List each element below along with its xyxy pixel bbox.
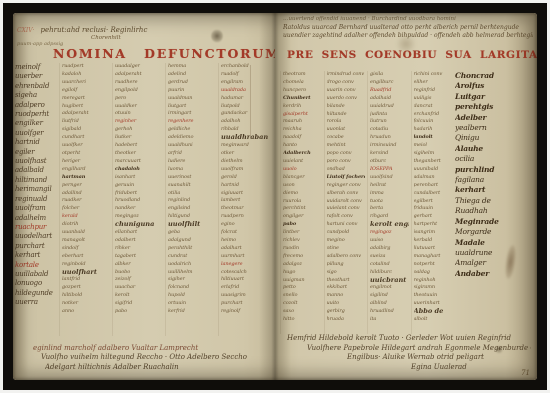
manuscript-name-entry: perenhart <box>414 182 453 190</box>
manuscript-name-entry: reginfrid <box>414 87 453 95</box>
manuscript-name-entry: hiltigund <box>168 213 216 221</box>
manuscript-name-entry: sindolf <box>62 245 110 253</box>
manuscript-name-entry: meiol <box>414 142 453 150</box>
manuscript-name-entry: hildiburc <box>370 269 409 277</box>
manuscript-name-entry: heimo <box>221 237 269 245</box>
manuscript-name-entry: hadebert <box>115 142 163 150</box>
manuscript-name-entry: ongilger <box>283 213 322 221</box>
manuscript-name-entry: kerfrid <box>168 308 216 316</box>
manuscript-name-entry: rihbald <box>221 126 269 134</box>
right-margin-name-column: ChoncradArolfusLuitgarperehtgisAdelberye… <box>452 71 535 334</box>
manuscript-name-entry: sigihelm <box>414 150 453 158</box>
manuscript-name-entry: uuerdo conv <box>327 95 366 103</box>
manuscript-name-entry: kerolt <box>115 292 163 300</box>
manuscript-name-entry: engilram <box>221 79 269 87</box>
manuscript-name-entry: hartman <box>62 174 110 182</box>
manuscript-name-entry: adalman <box>414 174 453 182</box>
manuscript-name-entry: managhart <box>414 253 453 261</box>
manuscript-name-entry: Alauhe <box>455 144 535 154</box>
photo-black-frame: CXIV·pehrut:ahd reclusi· Reginlirhc Chor… <box>3 3 547 390</box>
manuscript-name-entry: ekkihart <box>327 284 366 292</box>
manuscript-name-entry: snello <box>283 292 322 300</box>
manuscript-name-entry: egilolf <box>62 87 110 95</box>
name-column: ruadpertkadalohuuarcheriegilolfmeregarth… <box>59 63 110 336</box>
left-page-bottom-entries: eginlind marcholf adalbero Vualtar Lampr… <box>19 344 269 373</box>
manuscript-name-entry: ortuuin <box>168 300 216 308</box>
manuscript-name-entry: theotmar <box>221 205 269 213</box>
manuscript-name-entry: drogo conv <box>327 79 366 87</box>
manuscript-name-entry: perchtint <box>283 205 322 213</box>
manuscript-name-entry: sigo <box>327 269 366 277</box>
manuscript-name-entry: reginuald <box>15 195 59 204</box>
manuscript-name-entry: otilia <box>168 190 216 198</box>
manuscript-name-entry: rihgard <box>370 213 409 221</box>
manuscript-name-entry: adallind <box>62 190 110 198</box>
manuscript-name-entry: diethelm <box>221 158 269 166</box>
manuscript-name-entry: diotrih <box>62 221 110 229</box>
manuscript-name-entry: blancger <box>283 174 322 182</box>
manuscript-name-entry: uualdrune <box>455 248 535 258</box>
manuscript-name-entry: landolt <box>414 134 453 142</box>
right-page-top-lines: …uuertend offendid iuuanend · Burchardin… <box>283 15 533 41</box>
manuscript-name-entry: geba <box>168 229 216 237</box>
manuscript-name-entry: lambert <box>221 197 269 205</box>
manuscript-name-entry: ehrenbald <box>15 82 59 91</box>
name-column: theotramchomelahuncperoChunibertkerdrihg… <box>280 71 322 334</box>
manuscript-name-entry: hartnid <box>221 182 269 190</box>
manuscript-name-entry: uuolo <box>283 166 322 174</box>
manuscript-name-entry: cundpold <box>327 229 366 237</box>
manuscript-name-entry: folcrat <box>221 229 269 237</box>
manuscript-name-entry: isanhart <box>115 174 163 182</box>
manuscript-name-entry: engilsind <box>168 205 216 213</box>
manuscript-name-entry: adalhaid <box>370 95 409 103</box>
manuscript-name-entry: IOSEPPA <box>370 166 409 174</box>
manuscript-name-entry: lonuogo <box>15 279 59 288</box>
manuscript-name-entry: uuerinost <box>168 174 216 182</box>
manuscript-name-entry: uuolfhast <box>15 157 59 166</box>
manuscript-name-entry: cundhart <box>62 134 110 142</box>
folio-mark: CXIV· <box>17 27 34 34</box>
manuscript-name-entry: rorola <box>327 118 366 126</box>
manuscript-name-entry: sigifrid <box>115 300 163 308</box>
manuscript-name-entry: judinta <box>370 111 409 119</box>
manuscript-name-entry: liutfrid <box>62 118 110 126</box>
manuscript-name-entry: Arolfus <box>455 81 535 91</box>
manuscript-name-entry: diemo <box>283 190 322 198</box>
manuscript-name-entry: engilhard <box>62 166 110 174</box>
name-column: richini conveliherreginfriduuiligisdancr… <box>411 71 453 334</box>
manuscript-name-entry: theotuuin <box>414 292 453 300</box>
manuscript-name-entry: folcher <box>62 205 110 213</box>
manuscript-name-entry: lantfrid <box>62 276 110 284</box>
manuscript-name-entry: marcuuart <box>115 158 163 166</box>
manuscript-name-entry: tagabert <box>115 253 163 261</box>
manuscript-name-entry: Ruadhah <box>455 206 535 216</box>
manuscript-name-entry: liutrun <box>370 118 409 126</box>
manuscript-name-entry: uuicbrant <box>370 277 409 285</box>
manuscript-name-entry: uson <box>283 182 322 190</box>
manuscript-name-entry: adalpero <box>15 101 59 110</box>
manuscript-name-entry: uualdrada <box>221 87 269 95</box>
manuscript-name-entry: tuota <box>370 198 409 206</box>
manuscript-name-entry: naadolf <box>283 134 322 142</box>
manuscript-name-entry: chuniguna <box>115 221 163 229</box>
manuscript-name-entry: buobo <box>115 269 163 277</box>
manuscript-name-entry: hruadlind <box>370 308 409 316</box>
manuscript-name-entry: reginher <box>115 118 163 126</box>
left-margin-name-column: meinolfuuerberehrenbaldsigehaadalperoruo… <box>15 63 59 336</box>
manuscript-name-entry: pabo <box>115 308 163 316</box>
manuscript-name-entry: cotadiu <box>370 126 409 134</box>
manuscript-name-entry: uualdman <box>168 95 216 103</box>
manuscript-name-entry: uualdhraban <box>221 134 269 142</box>
manuscript-name-entry: ruodin <box>283 245 322 253</box>
manuscript-name-entry: dancrat <box>414 103 453 111</box>
bottom-line: Hemfrid Hildebold kerolt Tuoto · Gerlede… <box>287 334 531 344</box>
manuscript-name-entry: luoma <box>168 166 216 174</box>
manuscript-name-entry: richini conv <box>414 71 453 79</box>
manuscript-name-entry: engilker <box>15 119 59 128</box>
manuscript-name-entry: sigeha <box>15 91 59 100</box>
manuscript-name-entry: reginhoh <box>414 277 453 285</box>
manuscript-name-entry: ocilia <box>455 154 535 164</box>
manuscript-name-entry: maaruh <box>283 118 322 126</box>
manuscript-name-entry: lintber <box>283 229 322 237</box>
manuscript-name-entry: otker <box>221 150 269 158</box>
manuscript-name-entry: suanahilt <box>168 182 216 190</box>
manuscript-name-entry: adalbirg <box>370 245 409 253</box>
manuscript-name-entry: liutpold <box>221 103 269 111</box>
manuscript-name-entry: hruodland <box>115 197 163 205</box>
manuscript-name-entry: anno <box>62 308 110 316</box>
manuscript-name-entry: folcuuin <box>414 118 453 126</box>
manuscript-name-entry: cundalbert <box>414 190 453 198</box>
manuscript-name-entry: bilande <box>327 103 366 111</box>
manuscript-name-entry: uuielant <box>283 158 322 166</box>
manuscript-name-entry: reginlind <box>168 197 216 205</box>
manuscript-name-entry: eliher <box>414 79 453 87</box>
manuscript-name-entry: irmindrud conv <box>327 71 366 79</box>
manuscript-name-entry: Andaber <box>455 269 535 279</box>
manuscript-name-entry: kortale <box>15 261 59 270</box>
manuscript-name-entry: saxo <box>283 308 322 316</box>
manuscript-name-entry: uuolfsind <box>370 174 409 182</box>
manuscript-name-entry: reginolf <box>221 308 269 316</box>
name-column: hemmaadelindgerdrudpuurinuualdmanliutgar… <box>165 63 216 336</box>
manuscript-name-entry: chomela <box>283 79 322 87</box>
manuscript-name-entry: meginward <box>221 142 269 150</box>
manuscript-name-entry: reichha <box>283 126 322 134</box>
manuscript-name-entry: Abbo de <box>414 308 453 316</box>
manuscript-name-entry: uuolfhilt <box>168 221 216 229</box>
manuscript-name-entry: theotram <box>283 71 322 79</box>
manuscript-name-entry: adalgund <box>168 237 216 245</box>
manuscript-name-entry: uuito <box>327 300 366 308</box>
manuscript-name-entry: adalhart <box>221 245 269 253</box>
manuscript-name-entry: huncpero <box>283 87 322 95</box>
left-page: CXIV·pehrut:ahd reclusi· Reginlirhc Chor… <box>13 13 275 380</box>
manuscript-name-entry: uuachar <box>115 284 163 292</box>
manuscript-name-entry: uurmhart <box>221 253 269 261</box>
manuscript-name-entry: uuarin conv <box>327 87 366 95</box>
manuscript-name-entry: megingoz <box>115 213 163 221</box>
manuscript-name-entry: gerold <box>221 174 269 182</box>
manuscript-name-entry: adelind <box>168 71 216 79</box>
right-page-name-columns: theotramchomelahuncperoChunibertkerdrihg… <box>280 71 535 334</box>
manuscript-name-entry: albolt <box>414 316 453 324</box>
manuscript-name-entry: uuonlat <box>327 126 366 134</box>
manuscript-name-entry: fagilana <box>455 175 535 185</box>
manuscript-name-entry: liutuuart <box>414 245 453 253</box>
right-page-rubric-heading: PRE SENS COENOBIU SUA LARGITATE FUNDAUER… <box>287 49 537 61</box>
manuscript-name-entry: Luitgar <box>455 92 535 102</box>
manuscript-name-entry: adalhoh <box>221 118 269 126</box>
manuscript-name-entry: Morgarde <box>455 227 535 237</box>
manuscript-name-entry: fridubert <box>115 190 163 198</box>
manuscript-name-entry: heilrat <box>370 182 409 190</box>
manuscript-name-entry: uuerber <box>15 72 59 81</box>
manuscript-name-entry: Madale <box>455 238 535 248</box>
folio-number: 71 <box>521 369 530 377</box>
manuscript-name-entry: uuillihelm <box>168 269 216 277</box>
manuscript-name-entry: otuuin <box>115 110 163 118</box>
manuscript-name-entry: perahthilt <box>168 245 216 253</box>
manuscript-name-entry: uualdker <box>115 103 163 111</box>
manuscript-name-entry: kerald <box>62 213 110 221</box>
manuscript-name-entry: gerhoh <box>115 126 163 134</box>
manuscript-name-entry: sigilind <box>370 292 409 300</box>
manuscript-name-entry: adalgoz <box>283 261 322 269</box>
left-page-marginal-notes: CXIV·pehrut:ahd reclusi· Reginlirhc Chor… <box>17 17 271 47</box>
manuscript-name-entry: regenhere <box>168 118 216 126</box>
manuscript-name-entry: reginger conv <box>327 182 366 190</box>
manuscript-name-entry: gundackar <box>221 110 269 118</box>
manuscript-name-entry: kerdrih <box>283 103 322 111</box>
manuscript-name-entry: gerdrud <box>168 79 216 87</box>
manuscript-name-entry: pero <box>115 95 163 103</box>
manuscript-name-entry: ruadolf <box>221 71 269 79</box>
manuscript-name-entry: gisila <box>370 71 409 79</box>
manuscript-name-entry: purchlind <box>455 165 535 175</box>
manuscript-name-entry: gerhart <box>414 213 453 221</box>
manuscript-name-entry: cotalind <box>370 261 409 269</box>
manuscript-name-entry: kerbald <box>414 237 453 245</box>
manuscript-name-entry: hiltibold <box>62 292 110 300</box>
manuscript-name-entry: uuadalger <box>115 63 163 71</box>
manuscript-name-entry: folcnand <box>168 284 216 292</box>
manuscript-name-entry: egiler <box>15 148 59 157</box>
top-line: uuendier zagehtind adalher offendeh bihp… <box>283 32 533 41</box>
manuscript-name-entry: cozolt <box>283 300 322 308</box>
manuscript-name-entry: erlafrid <box>221 284 269 292</box>
manuscript-name-entry: perehtgis <box>455 102 535 112</box>
manuscript-name-entry: uuolfger <box>15 129 59 138</box>
manuscript-name-entry: kadaloh <box>62 71 110 79</box>
manuscript-name-entry: managolt <box>62 237 110 245</box>
manuscript-name-entry: gerbirg <box>327 308 366 316</box>
manuscript-name-entry: hupold <box>168 292 216 300</box>
manuscript-name-entry: ruadpert <box>62 63 110 71</box>
manuscript-name-entry: uodalrich <box>168 261 216 269</box>
manuscript-name-entry: zeizolf <box>115 276 163 284</box>
manuscript-name-entry: erchanfrid <box>414 111 453 119</box>
manuscript-name-entry: popo conv <box>327 150 366 158</box>
manuscript-name-entry: uuarcheri <box>62 79 110 87</box>
manuscript-name-entry: adalperaht <box>62 110 110 118</box>
manuscript-photo: CXIV·pehrut:ahd reclusi· Reginlirhc Chor… <box>13 13 537 380</box>
manuscript-name-entry: sigiuuart <box>221 190 269 198</box>
manuscript-name-entry: kersind <box>370 150 409 158</box>
manuscript-name-entry: irmingart <box>168 110 216 118</box>
manuscript-name-entry: hugo <box>283 269 322 277</box>
manuscript-name-entry: uuielant conv <box>327 205 366 213</box>
name-column: erchanboldruadolfengilramuualdradahaduma… <box>218 63 269 336</box>
manuscript-name-entry: hiltimand <box>15 176 59 185</box>
manuscript-name-entry: adalperaht <box>115 71 163 79</box>
manuscript-name-entry: meinolf <box>15 63 59 72</box>
manuscript-name-entry: lanegere <box>221 261 269 269</box>
manuscript-name-entry: liutker <box>115 134 163 142</box>
manuscript-name-entry: hugibert <box>62 103 110 111</box>
manuscript-name-entry: friduuin <box>414 205 453 213</box>
manuscript-name-entry: Adalberch <box>283 150 322 158</box>
name-column: irmindrud convdrogo convuuarin convuuerd… <box>324 71 366 334</box>
manuscript-name-entry: otperht <box>62 150 110 158</box>
manuscript-name-entry: uuidarolt conv <box>327 198 366 206</box>
manuscript-name-entry: uualdhuni <box>168 142 216 150</box>
manuscript-name-entry: theotker <box>115 150 163 158</box>
manuscript-name-entry: mehtint <box>327 142 366 150</box>
manuscript-name-entry: hartuni conv <box>327 221 366 229</box>
right-page-bottom-entries: Hemfrid Hildebold kerolt Tuoto · Gerlede… <box>281 334 531 372</box>
manuscript-name-entry: reginbold <box>62 261 110 269</box>
right-dense-columns: theotramchomelahuncperoChunibertkerdrihg… <box>280 71 452 334</box>
manuscript-name-entry: heriger <box>62 158 110 166</box>
manuscript-name-entry: Meginrade <box>455 217 535 227</box>
manuscript-name-entry: pernger <box>62 182 110 190</box>
top-line: …uuertend offendid iuuanend · Burchardin… <box>283 15 533 24</box>
manuscript-name-entry: manno <box>327 292 366 300</box>
manuscript-name-entry: hruadun <box>370 134 409 142</box>
manuscript-name-entry: meregart <box>62 95 110 103</box>
manuscript-name-entry: erchanbold <box>221 63 269 71</box>
manuscript-name-entry: puurin <box>168 87 216 95</box>
manuscript-name-entry: engilmot <box>370 284 409 292</box>
manuscript-name-entry: hadarih <box>414 126 453 134</box>
manuscript-name-entry: adalhelm <box>15 214 59 223</box>
manuscript-name-entry: imma <box>370 190 409 198</box>
manuscript-name-entry: adalbero conv <box>327 253 366 261</box>
manuscript-name-entry: uuolfram <box>221 166 269 174</box>
manuscript-name-entry: rihker <box>115 245 163 253</box>
manuscript-name-entry: sigiramn <box>414 284 453 292</box>
manuscript-name-entry: uuiligis <box>414 95 453 103</box>
left-dense-columns: ruadpertkadalohuuarcheriegilolfmeregarth… <box>59 63 269 336</box>
manuscript-name-entry: alberah conv <box>327 190 366 198</box>
marginal-note-line1: pehrut:ahd reclusi· Reginlirhc <box>40 26 147 34</box>
name-column: uuadalgeradalperahtruadhereengilpoldpero… <box>112 63 163 336</box>
manuscript-name-entry: uuiso <box>370 237 409 245</box>
manuscript-name-entry: yealbern <box>455 123 535 133</box>
bottom-line: Adelgart hiltichnis Adalber Ruachalin <box>45 363 269 373</box>
manuscript-name-entry: gozpert <box>62 284 110 292</box>
manuscript-name-entry: ita <box>370 316 409 324</box>
manuscript-name-entry: hruada <box>327 316 366 324</box>
manuscript-name-entry: ruadker <box>62 197 110 205</box>
manuscript-name-entry: ruachpur <box>15 223 59 232</box>
manuscript-name-entry: irminsuind <box>370 142 409 150</box>
manuscript-name-entry: uuerinhart <box>414 300 453 308</box>
manuscript-name-entry: ruadpern <box>221 213 269 221</box>
manuscript-name-entry: egilbert <box>414 198 453 206</box>
name-column: gisilaengilburcRuadfridadalhaiduuialdrud… <box>367 71 409 334</box>
manuscript-name-entry: engilburc <box>370 79 409 87</box>
manuscript-name-entry: uuerra <box>15 298 59 307</box>
manuscript-name-entry: herimangil <box>15 185 59 194</box>
manuscript-name-entry: Ruadfrid <box>370 87 409 95</box>
manuscript-name-entry: megino <box>327 237 366 245</box>
manuscript-name-entry: ruadhere <box>115 79 163 87</box>
manuscript-name-entry: Qinigu <box>455 133 535 143</box>
manuscript-name-entry: cocabe <box>327 134 366 142</box>
manuscript-name-entry: sigiher <box>168 276 216 284</box>
manuscript-name-entry: notperht <box>414 261 453 269</box>
manuscript-name-entry: uuodelhart <box>15 232 59 241</box>
bottom-line: Vuolfho vuihelm hiltegund Reccho · Otto … <box>41 353 269 363</box>
manuscript-name-entry: nandker <box>115 205 163 213</box>
manuscript-name-entry: hartnid <box>15 138 59 147</box>
manuscript-name-entry: albker <box>115 261 163 269</box>
manuscript-name-entry: adeldiemo <box>168 134 216 142</box>
bottom-line: eginlind marcholf adalbero Vualtar Lampr… <box>33 344 269 354</box>
manuscript-name-entry: hadumar <box>221 95 269 103</box>
manuscript-name-entry: geldliche <box>168 126 216 134</box>
manuscript-name-entry: hiltande <box>327 111 366 119</box>
manuscript-name-entry: Adelber <box>455 113 535 123</box>
manuscript-name-entry: otburc <box>370 158 409 166</box>
manuscript-name-entry: adalbald <box>15 166 59 175</box>
bottom-line: Engilbus· Aluike Wernab otrid peligart <box>347 353 531 363</box>
manuscript-name-entry: alblind <box>370 300 409 308</box>
manuscript-name-entry: poro conv <box>327 158 366 166</box>
manuscript-name-entry: liutgart <box>168 103 216 111</box>
manuscript-name-entry: richlev <box>283 237 322 245</box>
manuscript-name-entry: ellanhart <box>115 229 163 237</box>
manuscript-name-entry: cundrat <box>168 253 216 261</box>
manuscript-name-entry: chadaloh <box>115 166 163 174</box>
manuscript-name-entry: kerhart <box>455 185 535 195</box>
manuscript-name-entry: uuasigrim <box>221 292 269 300</box>
manuscript-name-entry: cotescalch <box>221 269 269 277</box>
manuscript-name-entry: Chunibert <box>283 95 322 103</box>
top-line: Ratoldus uuarcad Bernhard uualterad otto… <box>283 24 533 33</box>
manuscript-name-entry: theothart <box>327 277 366 285</box>
manuscript-name-entry: Amalger <box>455 258 535 268</box>
manuscript-name-entry: berta <box>370 205 409 213</box>
manuscript-name-entry: hildegunde <box>15 289 59 298</box>
manuscript-name-entry: theganbert <box>414 158 453 166</box>
manuscript-name-entry: Choncrad <box>455 71 535 81</box>
manuscript-name-entry: uuolfhart <box>62 269 110 277</box>
manuscript-name-entry: uuolfram <box>15 204 59 213</box>
manuscript-name-entry: pabo <box>283 221 322 229</box>
manuscript-name-entry: eberhart <box>62 253 110 261</box>
manuscript-name-entry: ondhad <box>327 166 366 174</box>
manuscript-name-entry: sigibald <box>62 126 110 134</box>
manuscript-name-entry: kerolt engilbold <box>370 221 409 229</box>
manuscript-name-entry: Thiega de <box>455 196 535 206</box>
